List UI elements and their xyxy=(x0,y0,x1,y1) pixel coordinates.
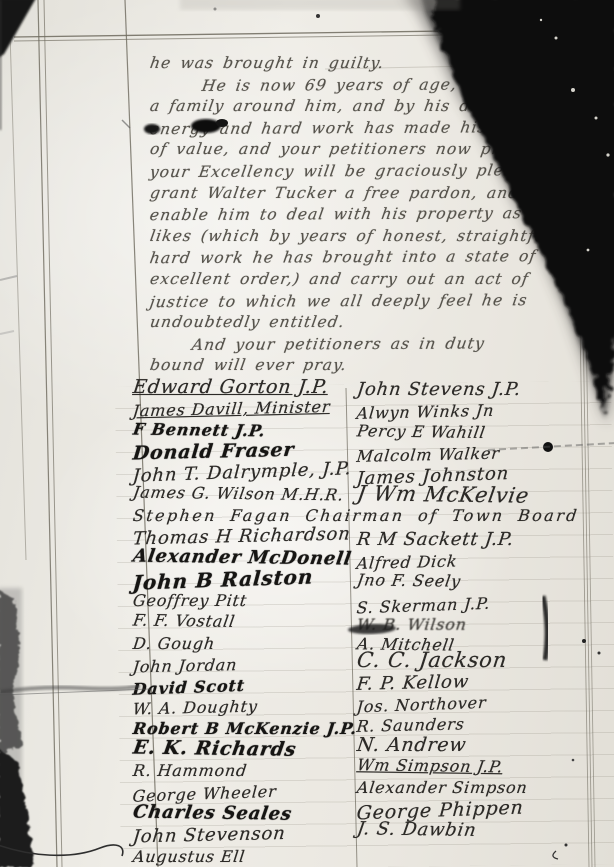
body-line: And your petitioners as in duty xyxy=(148,333,592,357)
signature: E. K. Richards xyxy=(132,738,350,762)
body-line: of value, and your petitioners now pray xyxy=(148,139,591,161)
signature: J. S. Dawbin xyxy=(356,818,609,843)
signature: C. C. Jackson xyxy=(356,650,609,671)
signature: Robert B McKenzie J.P. xyxy=(132,718,350,739)
signature: Edward Gorton J.P. xyxy=(132,377,350,398)
signature: Stephen Fagan Chairman of Town Board xyxy=(132,505,350,526)
signature: W. B. Wilson xyxy=(356,614,609,635)
signature: F. F. Vostall xyxy=(132,610,350,634)
body-line: likes (which by years of honest, straigh… xyxy=(148,226,591,248)
signature: D. Gough xyxy=(132,633,350,654)
body-line: he was brought in guilty. xyxy=(148,53,591,75)
petition-body-text: he was brought in guilty.He is now 69 ye… xyxy=(150,53,590,377)
body-line: bound will ever pray. xyxy=(148,355,591,377)
body-line: grant Walter Tucker a free pardon, and xyxy=(148,183,591,205)
signature-column-left: Edward Gorton J.P.James Davill, Minister… xyxy=(133,377,348,867)
signature: J Wm McKelvie xyxy=(356,484,609,509)
body-line: energy and hard work has made his p xyxy=(148,117,592,141)
signature: Augustus Ell xyxy=(132,846,350,867)
body-line: undoubtedly entitled. xyxy=(148,312,591,334)
signature: W. A. Doughty xyxy=(132,694,350,720)
signature: Wm Simpson J.P. xyxy=(356,754,609,779)
body-line: enable him to deal with his property as … xyxy=(148,203,592,227)
signature: R M Sackett J.P. xyxy=(356,529,609,550)
body-line: your Excellency will be graciously pleas xyxy=(148,160,592,184)
signature: Geoffrey Pitt xyxy=(132,590,350,611)
body-line: a family around him, and by his dili xyxy=(148,96,591,118)
header-rule-lines xyxy=(14,29,592,41)
body-line: excellent order,) and carry out an act o… xyxy=(148,269,591,291)
body-line: He is now 69 years of age, an xyxy=(148,73,592,97)
signature: James G. Wilson M.H.R. xyxy=(132,482,350,506)
body-line: justice to which we all deeply feel he i… xyxy=(148,289,592,313)
signature-column-right: John Stevens J.P.Alwyn Winks JnPercy E W… xyxy=(357,379,607,841)
body-line: hard work he has brought into a state of xyxy=(148,246,592,270)
scanned-petition-page: he was brought in guilty.He is now 69 ye… xyxy=(0,0,614,867)
signature: N. Andrew xyxy=(356,735,609,756)
signature: John Stevenson xyxy=(132,822,350,848)
